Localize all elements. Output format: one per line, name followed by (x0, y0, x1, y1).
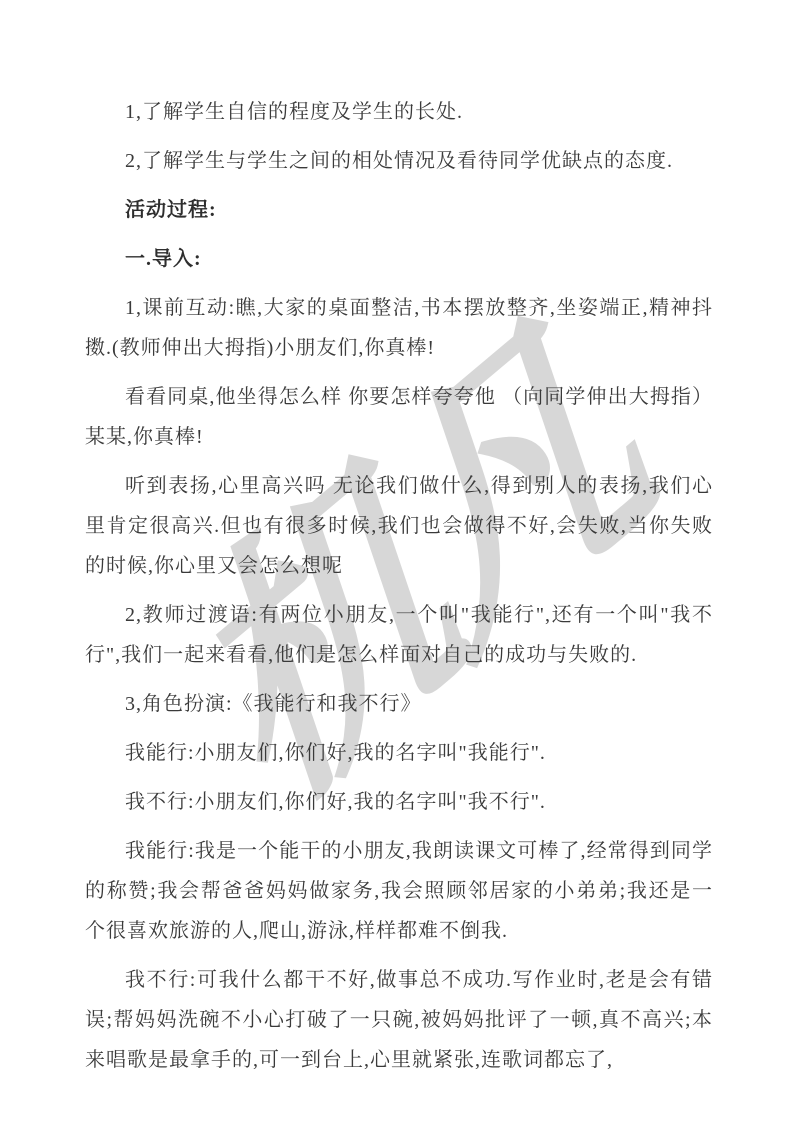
body-paragraph: 听到表扬,心里高兴吗 无论我们做什么,得到别人的表扬,我们心里肯定很高兴.但也有… (85, 466, 713, 586)
body-paragraph: 看看同桌,他坐得怎么样 你要怎样夸夸他 （向同学伸出大拇指）某某,你真棒! (85, 377, 713, 457)
body-paragraph: 我不行:小朋友们,你们好,我的名字叫"我不行". (85, 782, 713, 822)
body-paragraph: 我能行:小朋友们,你们好,我的名字叫"我能行". (85, 733, 713, 773)
heading-paragraph: 活动过程: (85, 190, 713, 230)
body-paragraph: 1,了解学生自信的程度及学生的长处. (85, 92, 713, 132)
body-paragraph: 我能行:我是一个能干的小朋友,我朗读课文可棒了,经常得到同学的称赞;我会帮爸爸妈… (85, 831, 713, 951)
body-paragraph: 3,角色扮演:《我能行和我不行》 (85, 684, 713, 724)
document-content: 1,了解学生自信的程度及学生的长处.2,了解学生与学生之间的相处情况及看待同学优… (0, 0, 793, 1122)
heading-paragraph: 一.导入: (85, 239, 713, 279)
body-paragraph: 1,课前互动:瞧,大家的桌面整洁,书本摆放整齐,坐姿端正,精神抖擞.(教师伸出大… (85, 288, 713, 368)
body-paragraph: 2,教师过渡语:有两位小朋友,一个叫"我能行",还有一个叫"我不行",我们一起来… (85, 595, 713, 675)
document-page: 机凡 1,了解学生自信的程度及学生的长处.2,了解学生与学生之间的相处情况及看待… (0, 0, 793, 1122)
body-paragraph: 2,了解学生与学生之间的相处情况及看待同学优缺点的态度. (85, 141, 713, 181)
body-paragraph: 我不行:可我什么都干不好,做事总不成功.写作业时,老是会有错误;帮妈妈洗碗不小心… (85, 960, 713, 1080)
